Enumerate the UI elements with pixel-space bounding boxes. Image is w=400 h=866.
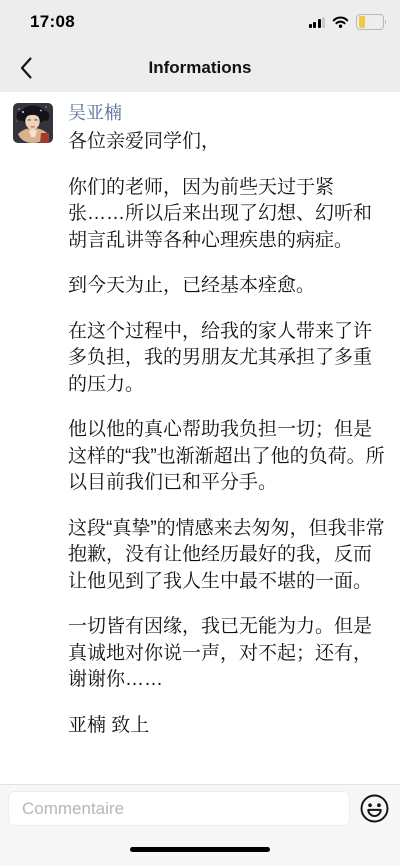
status-bar: 17:08	[0, 0, 400, 44]
page-title: Informations	[0, 58, 400, 78]
comment-input[interactable]	[8, 791, 350, 826]
home-indicator[interactable]	[130, 847, 270, 852]
emoji-smiley-icon	[359, 793, 390, 824]
avatar-image	[13, 103, 53, 143]
screen: 17:08 Informations	[0, 0, 400, 866]
post-paragraph: 在这个过程中，给我的家人带来了许多负担，我的男朋友尤其承担了多重的压力。	[68, 319, 385, 399]
nav-bar: Informations	[0, 44, 400, 92]
home-area	[0, 832, 400, 866]
post-text: 各位亲爱同学们，你们的老师，因为前些天过于紧张……所以后来出现了幻想、幻听和胡言…	[68, 129, 385, 739]
avatar[interactable]	[13, 103, 53, 143]
post-paragraph: 这段“真挚”的情感来去匆匆，但我非常抱歉，没有让他经历最好的我，反而让他见到了我…	[68, 516, 385, 596]
status-icons	[309, 14, 387, 31]
post-paragraph: 各位亲爱同学们，	[68, 129, 385, 156]
post-body: 吴亚楠 各位亲爱同学们，你们的老师，因为前些天过于紧张……所以后来出现了幻想、幻…	[68, 103, 385, 784]
post-paragraph: 一切皆有因缘，我已无能为力。但是真诚地对你说一声，对不起；还有，谢谢你……	[68, 614, 385, 694]
post-paragraph: 亚楠 致上	[68, 713, 385, 740]
post-paragraph: 他以他的真心帮助我负担一切；但是这样的“我”也渐渐超出了他的负荷。所以目前我们已…	[68, 417, 385, 497]
battery-icon	[356, 14, 386, 31]
comment-bar	[0, 784, 400, 832]
post-paragraph: 你们的老师，因为前些天过于紧张……所以后来出现了幻想、幻听和胡言乱讲等各种心理疾…	[68, 175, 385, 255]
status-time: 17:08	[30, 12, 75, 32]
cellular-signal-icon	[309, 17, 326, 28]
post-paragraph: 到今天为止，已经基本痊愈。	[68, 273, 385, 300]
top-chrome: 17:08 Informations	[0, 0, 400, 92]
emoji-button[interactable]	[359, 793, 390, 824]
author-name[interactable]: 吴亚楠	[68, 101, 385, 125]
post-content: 吴亚楠 各位亲爱同学们，你们的老师，因为前些天过于紧张……所以后来出现了幻想、幻…	[0, 92, 400, 784]
wifi-icon	[332, 16, 349, 28]
